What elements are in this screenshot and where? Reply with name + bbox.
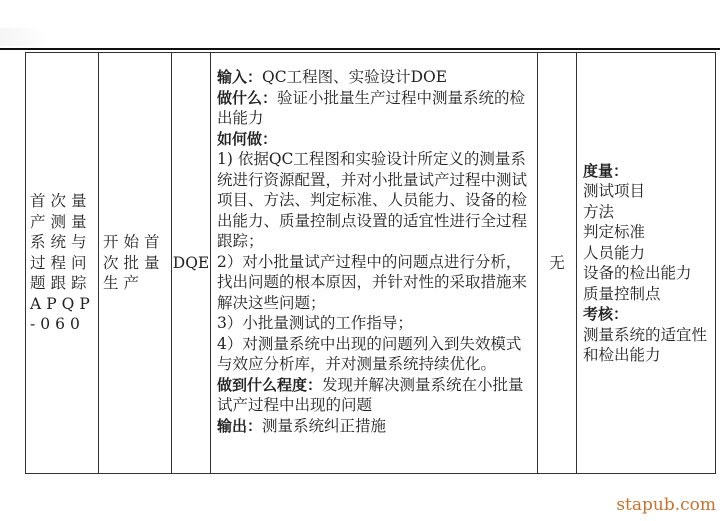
how-label: 如何做： (217, 130, 277, 148)
extent-label: 做到什么程度： (217, 376, 322, 394)
input-text: QC工程图、实验设计DOE (262, 68, 447, 86)
measure-label: 度量： (583, 161, 711, 182)
input-label: 输入： (217, 68, 262, 86)
how-item: 1) 依据QC工程图和实验设计所定义的测量系统进行资源配置，并对小批量试产过程中… (217, 149, 533, 252)
header-rule (0, 48, 720, 50)
scan-smudge (0, 28, 48, 46)
how-item: 2）对小批量试产过程中的问题点进行分析，找出问题的根本原因，并针对性的采取措施来… (217, 252, 533, 314)
measure-item: 方法 (583, 202, 711, 223)
table-row: 首次量产测量系统与过程问题跟踪APQP-060 开始首次批量生产 DQE 输入：… (26, 53, 716, 474)
output-text: 测量系统纠正措施 (262, 417, 386, 435)
measure-item: 人员能力 (583, 243, 711, 264)
trigger-cell: 开始首次批量生产 (99, 53, 172, 474)
measure-item: 测试项目 (583, 181, 711, 202)
owner-cell: DQE (172, 53, 211, 474)
metrics-cell: 度量： 测试项目 方法 判定标准 人员能力 设备的检出能力 质量控制点 考核： … (577, 53, 716, 474)
process-table: 首次量产测量系统与过程问题跟踪APQP-060 开始首次批量生产 DQE 输入：… (25, 52, 716, 474)
assess-label: 考核： (583, 304, 711, 325)
process-name-cell: 首次量产测量系统与过程问题跟踪APQP-060 (26, 53, 99, 474)
how-item: 4）对测量系统中出现的问题列入到失效模式与效应分析库，并对测量系统持续优化。 (217, 334, 533, 375)
watermark: stapub.com (616, 495, 716, 515)
description-cell: 输入：QC工程图、实验设计DOE 做什么：验证小批量生产过程中测量系统的检出能力… (211, 53, 538, 474)
how-item: 3）小批量测试的工作指导； (217, 313, 533, 334)
measure-item: 设备的检出能力 (583, 263, 711, 284)
measure-item: 质量控制点 (583, 284, 711, 305)
output-label: 输出： (217, 417, 262, 435)
what-label: 做什么： (217, 89, 277, 107)
measure-item: 判定标准 (583, 222, 711, 243)
assess-text: 测量系统的适宜性和检出能力 (583, 325, 711, 366)
reference-cell: 无 (538, 53, 577, 474)
